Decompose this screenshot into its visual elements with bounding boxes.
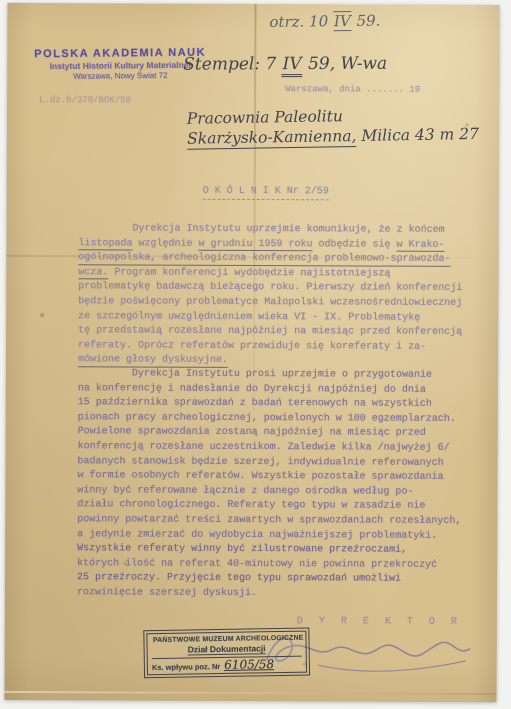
typed-date-line: Warszawa, dnia ....... 19	[285, 84, 420, 95]
received-suffix: 59.	[352, 12, 381, 30]
received-prefix: otrz. 10	[269, 12, 333, 31]
body-paragraph-2: Dyrekcja Instytutu prosi uprzejmie o prz…	[77, 367, 474, 602]
received-roman-numeral: IV	[333, 11, 352, 31]
museum-stamp-registry-row: Ks. wpływu poz. Nr 6105/58	[152, 656, 302, 672]
reference-number: L.dz.b/370/BOK/59	[39, 95, 131, 105]
stempel-suffix: 59, W-wa	[303, 54, 388, 74]
recipient-city-underlined: Skarżysko-Kamienna,	[187, 127, 357, 150]
registry-label: Ks. wpływu poz. Nr	[152, 662, 220, 672]
handwritten-recipient-address: Pracownia Paleolitu Skarżysko-Kamienna, …	[187, 104, 479, 149]
handwritten-stamp-note: Stempel: 7 IV 59, W-wa	[183, 54, 387, 75]
recipient-street: Milica 43 m 27	[356, 125, 479, 145]
scan-background: { "colors":{ "paper":"#d7bf8e", "stamp-i…	[0, 0, 511, 709]
scanned-letter: otrz. 10 IV 59. POLSKA AKADEMIA NAUK Ins…	[4, 3, 499, 702]
stempel-roman-numeral: IV	[282, 54, 303, 77]
receiving-museum-stamp: PAŃSTWOWE MUZEUM ARCHEOLOGICZNE Dział Do…	[146, 631, 307, 676]
handwritten-received-date: otrz. 10 IV 59.	[269, 12, 380, 31]
stempel-prefix: Stempel: 7	[183, 54, 281, 74]
fold-crease-bottom	[5, 691, 497, 695]
body-paragraph-1: Dyrekcja Instytutu uprzejmie komunikuje,…	[78, 222, 475, 370]
document-heading: O K Ó L N I K Nr 2/59	[203, 186, 329, 201]
recipient-line-2: Skarżysko-Kamienna, Milica 43 m 27	[187, 124, 479, 149]
museum-stamp-line-2: Dział Dokumentacji	[152, 643, 302, 655]
handwritten-registry-number: 6105/58	[224, 659, 274, 671]
